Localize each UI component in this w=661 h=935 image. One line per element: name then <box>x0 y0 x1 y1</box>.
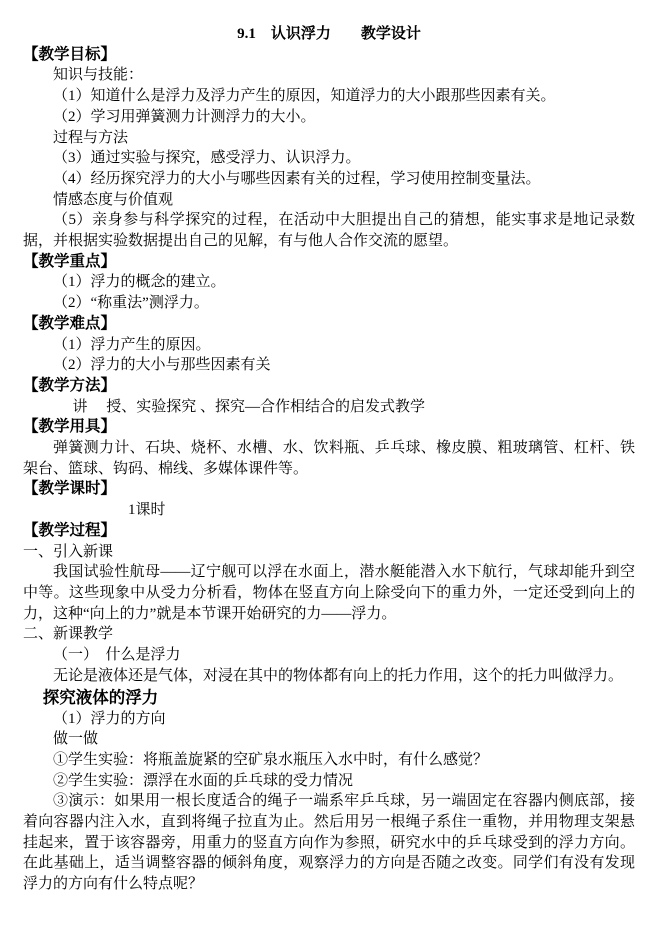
paragraph: 无论是液体还是气体，对浸在其中的物体都有向上的托力作用，这个的托力叫做浮力。 <box>23 666 635 687</box>
paragraph: ①学生实验：将瓶盖旋紧的空矿泉水瓶压入水中时，有什么感觉？ <box>23 750 635 771</box>
paragraph: ②学生实验：漂浮在水面的乒乓球的受力情况 <box>23 771 635 792</box>
paragraph: 情感态度与价值观 <box>23 190 635 211</box>
section-heading: 【教学方法】 <box>23 376 635 397</box>
paragraph: 讲 授、实验探究 、探究—合作相结合的启发式教学 <box>23 397 635 418</box>
section-heading: 【教学用具】 <box>23 417 635 438</box>
section-heading: 【教学过程】 <box>23 521 635 542</box>
paragraph: （1）知道什么是浮力及浮力产生的原因，知道浮力的大小跟那些因素有关。 <box>23 86 635 107</box>
paragraph: 1课时 <box>23 500 635 521</box>
paragraph: 知识与技能： <box>23 65 635 86</box>
paragraph: （1）浮力的概念的建立。 <box>23 272 635 293</box>
paragraph: 过程与方法 <box>23 128 635 149</box>
paragraph: 我国试验性航母——辽宁舰可以浮在水面上，潜水艇能潜入水下航行，气球却能升到空中等… <box>23 562 635 624</box>
paragraph: ③演示：如果用一根长度适合的绳子一端系牢乒乓球，另一端固定在容器内侧底部，接着向… <box>23 791 635 895</box>
section-heading: 【教学重点】 <box>23 252 635 273</box>
list-heading: 二、新课教学 <box>23 624 635 645</box>
paragraph: （1）浮力产生的原因。 <box>23 335 635 356</box>
subsection-heading: 探究液体的浮力 <box>23 687 635 709</box>
document-body: 9.1 认识浮力 教学设计【教学目标】知识与技能：（1）知道什么是浮力及浮力产生… <box>0 0 661 895</box>
paragraph: （一） 什么是浮力 <box>23 645 635 666</box>
section-heading: 【教学目标】 <box>23 45 635 66</box>
paragraph: （2）学习用弹簧测力计测浮力的大小。 <box>23 107 635 128</box>
paragraph: 做一做 <box>23 729 635 750</box>
paragraph: （5）亲身参与科学探究的过程，在活动中大胆提出自己的猜想，能实事求是地记录数据，… <box>23 210 635 251</box>
document-page: 9.1 认识浮力 教学设计【教学目标】知识与技能：（1）知道什么是浮力及浮力产生… <box>0 0 661 935</box>
document-title: 9.1 认识浮力 教学设计 <box>23 24 635 45</box>
paragraph: （4）经历探究浮力的大小与哪些因素有关的过程，学习使用控制变量法。 <box>23 169 635 190</box>
paragraph: （2）浮力的大小与那些因素有关 <box>23 355 635 376</box>
paragraph: （3）通过实验与探究，感受浮力、认识浮力。 <box>23 148 635 169</box>
paragraph: 弹簧测力计、石块、烧杯、水槽、水、饮料瓶、乒乓球、橡皮膜、粗玻璃管、杠杆、铁架台… <box>23 438 635 479</box>
paragraph: （1）浮力的方向 <box>23 709 635 730</box>
section-heading: 【教学课时】 <box>23 479 635 500</box>
paragraph: （2）“称重法”测浮力。 <box>23 293 635 314</box>
section-heading: 【教学难点】 <box>23 314 635 335</box>
list-heading: 一、引入新课 <box>23 542 635 563</box>
